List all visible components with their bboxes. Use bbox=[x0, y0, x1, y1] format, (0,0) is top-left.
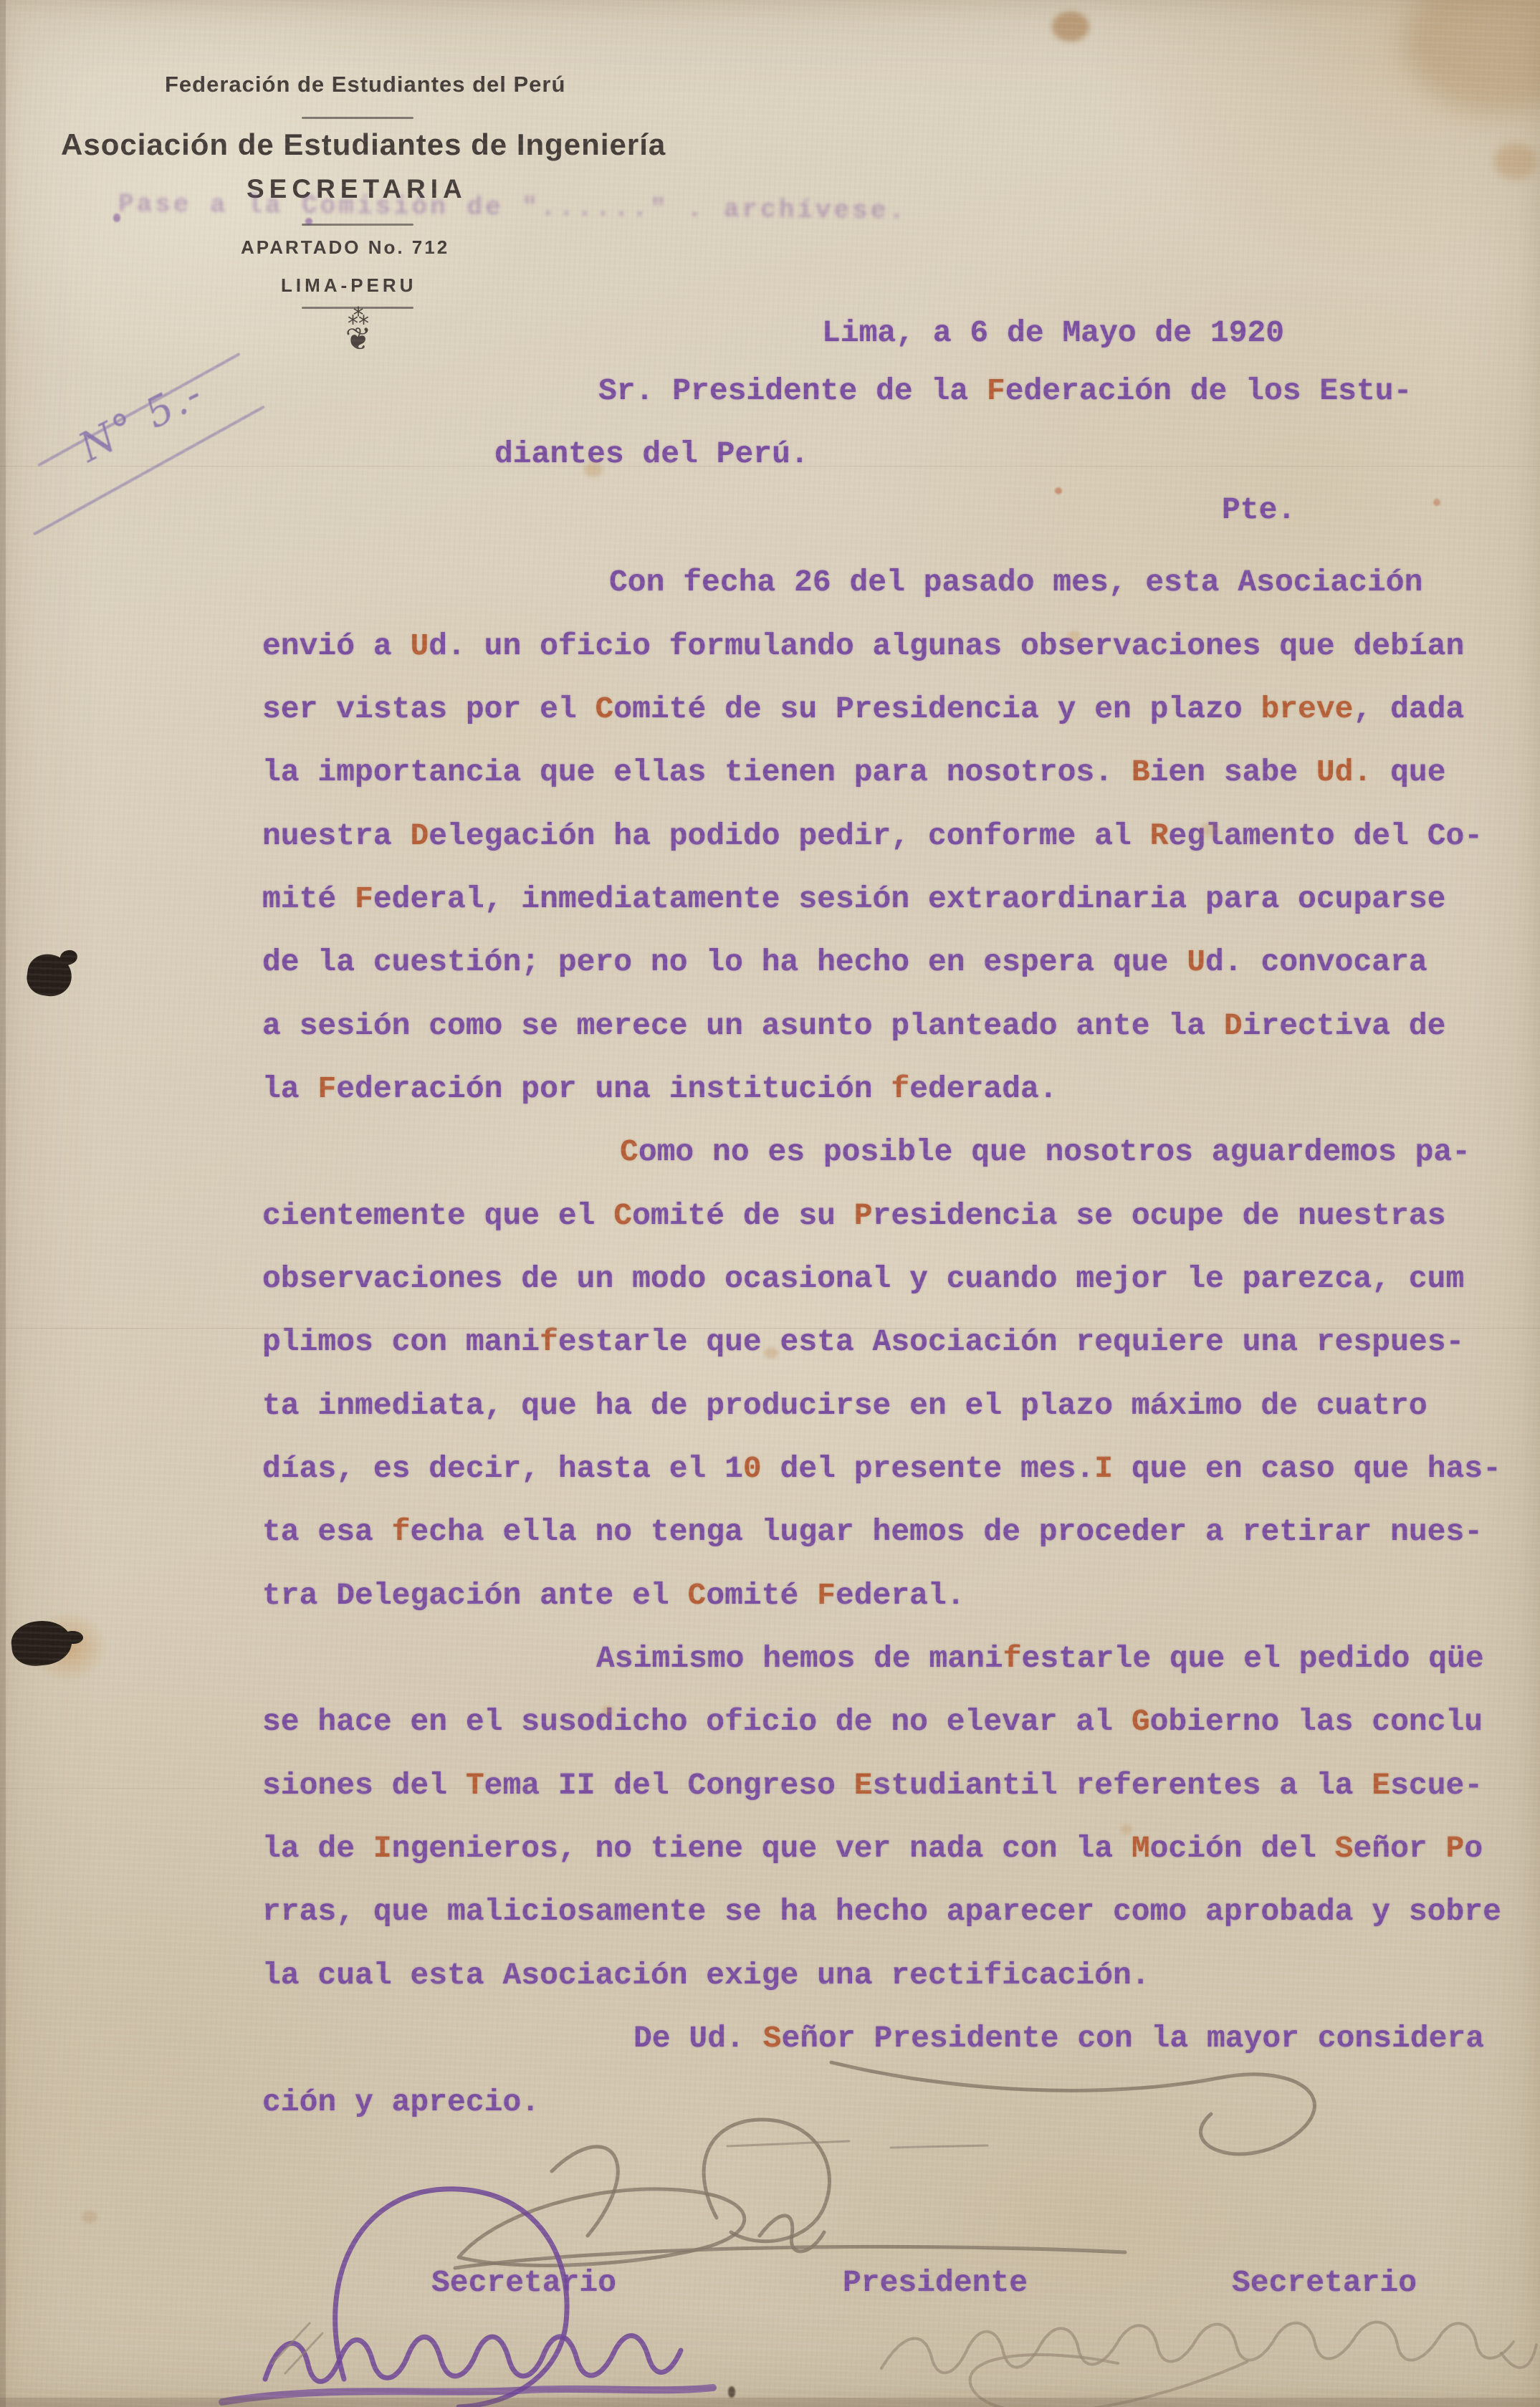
place-abbrev: Pte. bbox=[1222, 490, 1296, 530]
letterhead-federation: Federación de Estudiantes del Perú bbox=[165, 72, 565, 97]
stain bbox=[1405, 0, 1540, 115]
label-secretario-right: Secretario bbox=[1232, 2263, 1417, 2303]
letterhead-rule bbox=[302, 224, 413, 226]
addressee-line-1: Sr. Presidente de la Federación de los E… bbox=[598, 371, 1412, 411]
ink-blob bbox=[63, 1631, 83, 1644]
page-edge bbox=[0, 2398, 1540, 2407]
printer-ornament-icon: ⁂ ❦ bbox=[326, 307, 391, 355]
file-number-annotation: N° 5.- bbox=[72, 370, 211, 472]
typed-line: Asimismo hemos de manifestarle que el pe… bbox=[596, 1639, 1484, 1679]
typed-line: Con fecha 26 del pasado mes, esta Asocia… bbox=[609, 563, 1422, 603]
letterhead-pobox: APARTADO No. 712 bbox=[241, 236, 449, 259]
typed-line: envió a Ud. un oficio formulando algunas… bbox=[262, 626, 1464, 666]
typed-line: mité Federal, inmediatamente sesión extr… bbox=[262, 879, 1446, 919]
typed-line: plimos con manifestarle que esta Asociac… bbox=[262, 1322, 1464, 1362]
typed-line: De Ud. Señor Presidente con la mayor con… bbox=[633, 2019, 1484, 2059]
date-line: Lima, a 6 de Mayo de 1920 bbox=[822, 313, 1284, 353]
typed-line: siones del Tema II del Congreso Estudian… bbox=[262, 1766, 1483, 1806]
typed-line: rras, que maliciosamente se ha hecho apa… bbox=[262, 1892, 1501, 1932]
typed-line: ta inmediata, que ha de producirse en el… bbox=[262, 1386, 1427, 1426]
label-secretario-left: Secretario bbox=[431, 2263, 616, 2303]
typed-line: se hace en el susodicho oficio de no ele… bbox=[262, 1702, 1483, 1742]
typed-line: nuestra Delegación ha podido pedir, conf… bbox=[262, 816, 1483, 856]
ink-speck bbox=[305, 218, 312, 225]
typed-line: ser vistas por el Comité de su Presidenc… bbox=[262, 689, 1464, 729]
typed-line: la Federación por una institución federa… bbox=[262, 1069, 1058, 1109]
typed-line: de la cuestión; pero no lo ha hecho en e… bbox=[262, 942, 1427, 982]
typed-line: días, es decir, hasta el 10 del presente… bbox=[262, 1449, 1501, 1489]
addressee-line-2: diantes del Perú. bbox=[494, 434, 809, 474]
ink-speck bbox=[113, 214, 120, 222]
typed-line: observaciones de un modo ocasional y cua… bbox=[262, 1259, 1464, 1299]
typed-line: la cual esta Asociación exige una rectif… bbox=[262, 1956, 1150, 1996]
typed-line: la de Ingenieros, no tiene que ver nada … bbox=[262, 1829, 1483, 1869]
typed-line: Como no es posible que nosotros aguardem… bbox=[620, 1132, 1470, 1172]
pencil-mark bbox=[728, 2386, 735, 2398]
letterhead-rule bbox=[302, 117, 413, 119]
typed-line: a sesión como se merece un asunto plante… bbox=[262, 1006, 1446, 1046]
secretary-right-signature bbox=[881, 2322, 1536, 2407]
stain bbox=[1055, 487, 1062, 494]
typed-line: ción y aprecio. bbox=[262, 2082, 540, 2123]
letterhead-city: LIMA-PERU bbox=[281, 274, 416, 297]
typed-line: la importancia que ellas tienen para nos… bbox=[262, 752, 1446, 793]
label-presidente: Presidente bbox=[843, 2263, 1028, 2303]
letterhead-association: Asociación de Estudiantes de Ingeniería bbox=[61, 128, 666, 162]
typed-line: cientemente que el Comité de su Presiden… bbox=[262, 1196, 1446, 1236]
stain bbox=[1494, 143, 1537, 179]
typed-line: ta esa fecha ella no tenga lugar hemos d… bbox=[262, 1512, 1483, 1552]
stain bbox=[82, 2211, 97, 2224]
document-page: Federación de Estudiantes del Perú Asoci… bbox=[0, 0, 1540, 2407]
stain bbox=[1052, 11, 1089, 42]
page-edge bbox=[0, 0, 6, 2407]
typed-line: tra Delegación ante el Comité Federal. bbox=[262, 1576, 965, 1616]
president-signature bbox=[455, 2062, 1314, 2268]
stain bbox=[1433, 499, 1440, 506]
bleedthrough-text: Pase a la Comisión de "......" . archíve… bbox=[118, 190, 1021, 227]
